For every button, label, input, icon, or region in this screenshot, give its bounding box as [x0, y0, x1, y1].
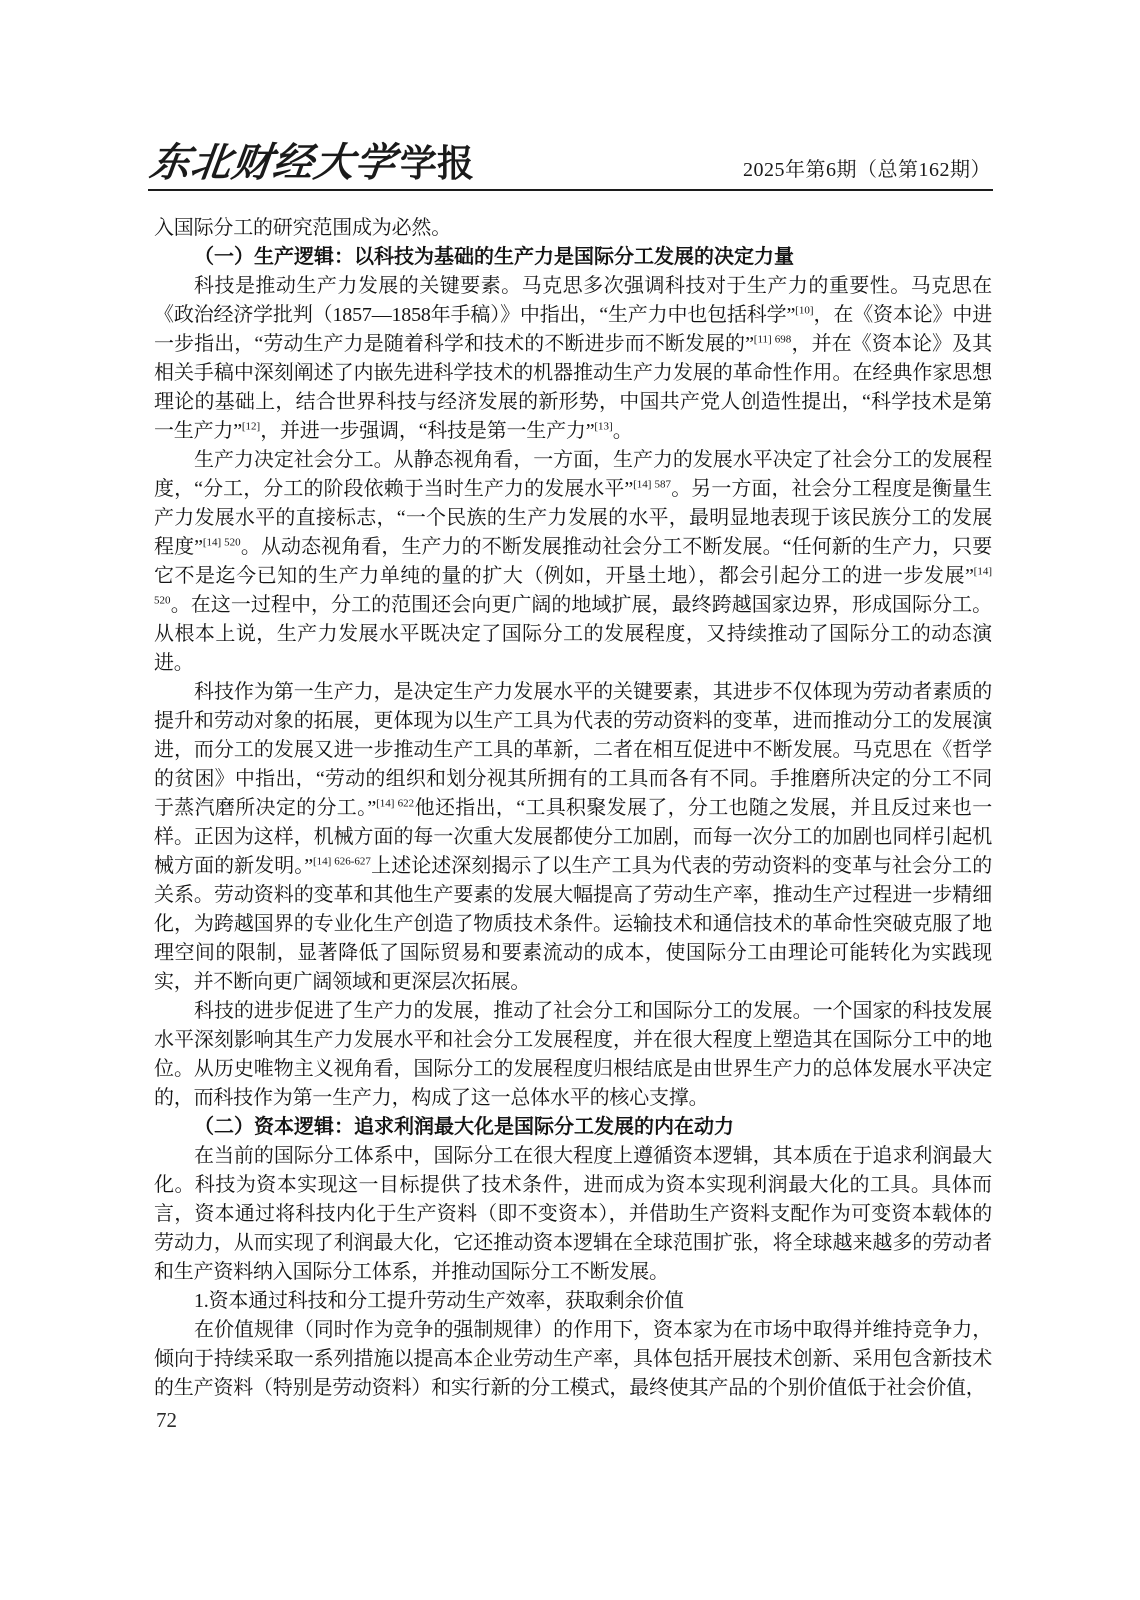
citation-ref: [14] 587 [633, 478, 671, 490]
sub-heading: 1.资本通过科技和分工提升劳动生产效率，获取剩余价值 [154, 1287, 992, 1316]
section-heading: （二）资本逻辑：追求利润最大化是国际分工发展的内在动力 [154, 1113, 992, 1142]
citation-ref: [11] 698 [754, 333, 791, 345]
paragraph: 科技的进步促进了生产力的发展，推动了社会分工和国际分工的发展。一个国家的科技发展… [154, 997, 992, 1113]
citation-ref: [12] [242, 420, 260, 432]
paragraph: 在价值规律（同时作为竞争的强制规律）的作用下，资本家为在市场中取得并维持竞争力，… [154, 1316, 992, 1403]
citation-ref: [14] 520 [154, 565, 992, 606]
paragraph: 科技作为第一生产力，是决定生产力发展水平的关键要素，其进步不仅体现为劳动者素质的… [154, 678, 992, 997]
citation-ref: [14] 626-627 [313, 855, 371, 867]
issue-info: 2025年第6期（总第162期） [743, 153, 991, 182]
paragraph: 生产力决定社会分工。从静态视角看，一方面，生产力的发展水平决定了社会分工的发展程… [154, 446, 992, 678]
journal-logo-suffix: 学报 [400, 143, 474, 187]
journal-logo-calligraphy: 东北财经大学 [147, 141, 398, 185]
journal-page: 东北财经大学学报 2025年第6期（总第162期） 入国际分工的研究范围成为必然… [0, 0, 1140, 1600]
page-header: 东北财经大学学报 2025年第6期（总第162期） [148, 136, 993, 191]
header-divider [148, 189, 993, 191]
citation-ref: [14] 622 [376, 797, 414, 809]
page-number: 72 [156, 1408, 177, 1433]
paragraph: 科技是推动生产力发展的关键要素。马克思多次强调科技对于生产力的重要性。马克思在《… [154, 272, 992, 446]
paragraph: 在当前的国际分工体系中，国际分工在很大程度上遵循资本逻辑，其本质在于追求利润最大… [154, 1142, 992, 1287]
citation-ref: [13] [594, 420, 612, 432]
citation-ref: [10] [795, 304, 813, 316]
citation-ref: [14] 520 [203, 536, 241, 548]
journal-logo: 东北财经大学学报 [150, 141, 474, 187]
paragraph: 入国际分工的研究范围成为必然。 [154, 214, 992, 243]
article-body: 入国际分工的研究范围成为必然。（一）生产逻辑：以科技为基础的生产力是国际分工发展… [154, 214, 992, 1403]
section-heading: （一）生产逻辑：以科技为基础的生产力是国际分工发展的决定力量 [154, 243, 992, 272]
